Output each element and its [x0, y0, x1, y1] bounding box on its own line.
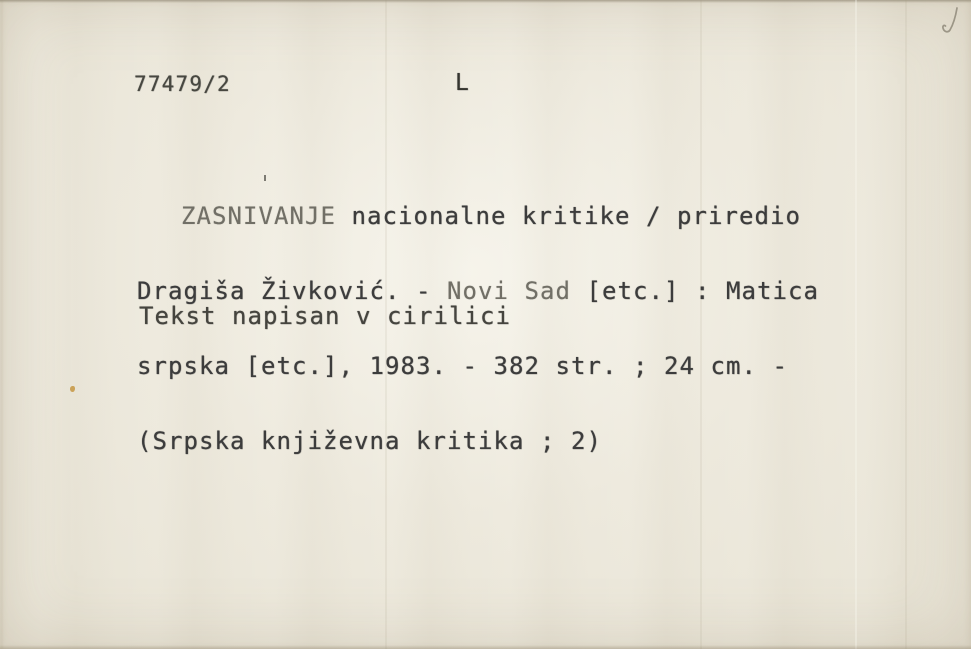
title-word: ZASNIVANJE: [181, 202, 336, 230]
call-number: 77479/2: [134, 72, 231, 96]
entry-line-1: ZASNIVANJE nacionalne kritike / priredio: [137, 204, 819, 229]
note-line: Tekst napisan v cirilici: [139, 302, 511, 330]
typewriter-tick-mark: [264, 175, 266, 181]
classification-letter: L: [455, 70, 469, 96]
catalog-card: 77479/2 L ZASNIVANJE nacionalne kritike …: [0, 0, 971, 649]
scan-streak: [905, 0, 907, 649]
entry-line-2-post: [etc.] : Matica: [571, 277, 819, 305]
entry-line-1-rest: nacionalne kritike / priredio: [336, 202, 801, 230]
stain-speck: [70, 386, 75, 392]
place-name: Novi Sad: [447, 277, 571, 305]
entry-line-3: srpska [etc.], 1983. - 382 str. ; 24 cm.…: [137, 354, 819, 379]
handwritten-pencil-mark: [936, 5, 962, 39]
entry-line-2-pre: Dragiša Živković. -: [137, 277, 447, 305]
entry-line-2: Dragiša Živković. - Novi Sad [etc.] : Ma…: [137, 279, 819, 304]
scan-streak: [855, 0, 857, 649]
entry-line-4: (Srpska književna kritika ; 2): [137, 429, 819, 454]
